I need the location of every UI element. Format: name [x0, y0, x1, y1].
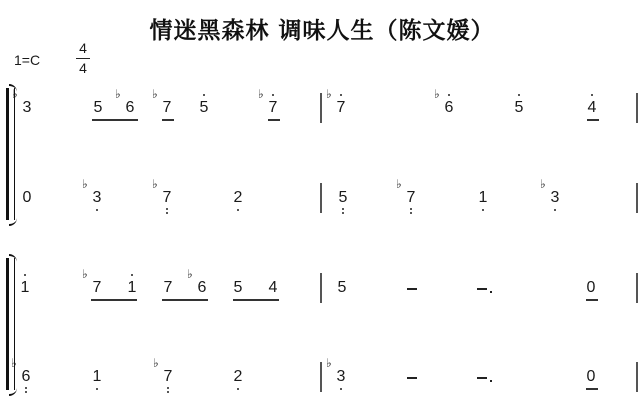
note: 5: [336, 189, 350, 207]
note: 5: [197, 99, 211, 117]
time-signature: 4 4: [76, 40, 90, 77]
score-title: 情迷黑森林 调味人生（陈文媛）: [0, 12, 644, 45]
barline: [636, 93, 638, 123]
note: ♭3: [334, 368, 348, 386]
note: ♭6: [195, 279, 209, 297]
note: ♭3: [90, 189, 104, 207]
barline: [636, 273, 638, 303]
note: ♭7: [404, 189, 418, 207]
barline: [636, 362, 638, 392]
key-signature: 1=C: [14, 52, 40, 68]
dash: [407, 288, 417, 290]
note: 5: [512, 99, 526, 117]
dash: [407, 377, 417, 379]
note: 1: [125, 279, 139, 297]
note: ♭3: [20, 99, 34, 117]
note: 2: [231, 368, 245, 386]
note: 0: [584, 279, 598, 297]
time-denominator: 4: [79, 60, 87, 76]
note: ♭7: [90, 279, 104, 297]
note: 5: [335, 279, 349, 297]
note: 0: [584, 368, 598, 386]
barline: [320, 183, 322, 213]
note: ♭7: [160, 189, 174, 207]
time-numerator: 4: [79, 40, 87, 56]
barline: [320, 362, 322, 392]
note: ♭7: [161, 368, 175, 386]
note: ♭7: [160, 99, 174, 117]
note: 1: [476, 189, 490, 207]
note: 4: [585, 99, 599, 117]
note: ♭6: [19, 368, 33, 386]
dash: [477, 377, 487, 379]
barline: [320, 93, 322, 123]
note: 7: [161, 279, 175, 297]
note: 5: [91, 99, 105, 117]
note: 4: [266, 279, 280, 297]
note: 2: [231, 189, 245, 207]
augmentation-dot: [490, 291, 492, 293]
note: ♭7: [334, 99, 348, 117]
note: 5: [231, 279, 245, 297]
note: 0: [20, 189, 34, 207]
barline: [320, 273, 322, 303]
note: ♭3: [548, 189, 562, 207]
dash: [477, 288, 487, 290]
note: ♭6: [442, 99, 456, 117]
note: 1: [90, 368, 104, 386]
note: ♭7: [266, 99, 280, 117]
note: 1: [18, 279, 32, 297]
barline: [636, 183, 638, 213]
note: ♭6: [123, 99, 137, 117]
augmentation-dot: [490, 380, 492, 382]
